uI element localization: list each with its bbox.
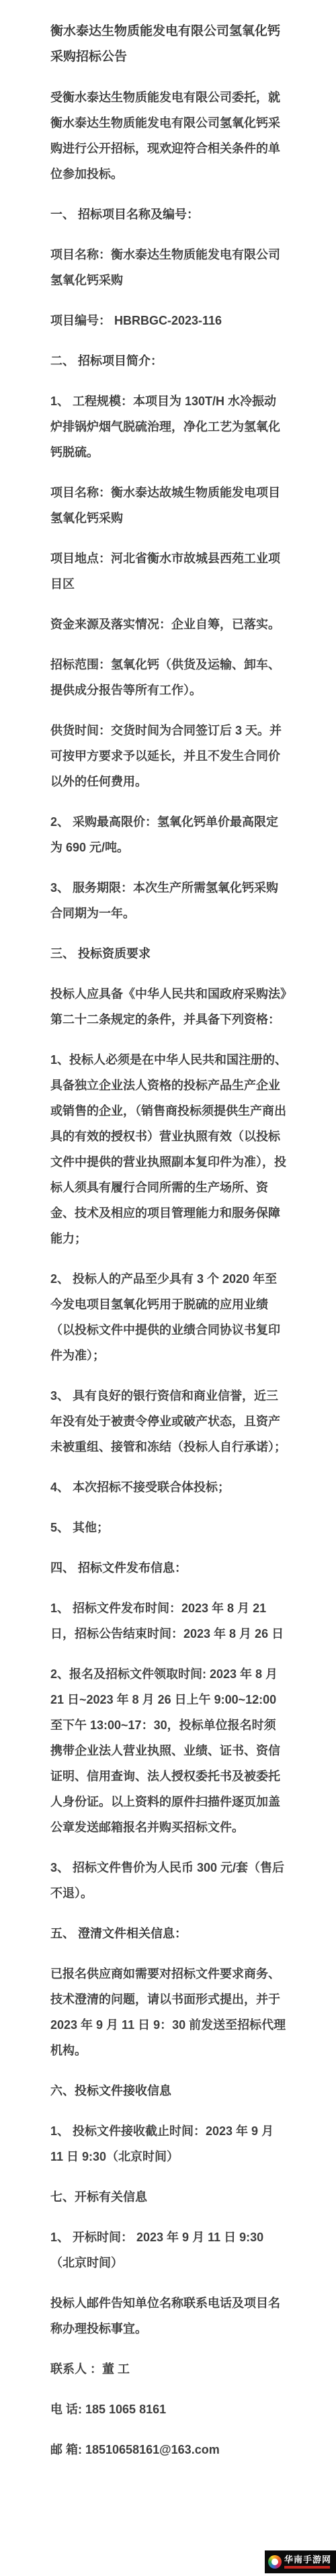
funding-source-field: 资金来源及落实情况：企业自筹，已落实。 bbox=[50, 612, 288, 637]
watermark-text-wrap: 华南手游网 bbox=[284, 2555, 331, 2569]
section-6-heading: 六、投标文件接收信息 bbox=[50, 2078, 288, 2104]
contact-person-line: 联系人 ：董 工 bbox=[50, 2356, 288, 2382]
registration-item: 2、报名及招标文件领取时间: 2023 年 8 月 21 日~2023 年 8 … bbox=[50, 1661, 288, 1840]
watermark-label: 华南手游网 bbox=[284, 2555, 331, 2564]
section-1-heading: 一、 招标项目名称及编号： bbox=[50, 202, 288, 227]
section-5-heading: 五、 澄清文件相关信息： bbox=[50, 1921, 288, 1946]
qualification-item-2: 2、 投标人的产品至少具有 3 个 2020 年至今发电项目氢氧化钙用于脱硫的应… bbox=[50, 1266, 288, 1368]
project-location-field: 项目地点：河北省衡水市故城县西苑工业项目区 bbox=[50, 546, 288, 597]
project-name-field: 项目名称：衡水泰达生物质能发电有限公司氢氧化钙采购 bbox=[50, 242, 288, 293]
site-watermark: 华南手游网 bbox=[265, 2550, 336, 2573]
delivery-time-field: 供货时间：交货时间为合同签订后 3 天。并可按甲方要求予以延长，并且不发生合同价… bbox=[50, 718, 288, 794]
announcement-document: 衡水泰达生物质能发电有限公司氢氧化钙采购招标公告 受衡水泰达生物质能发电有限公司… bbox=[0, 0, 336, 2524]
contact-phone-line: 电 话: 185 1065 8161 bbox=[50, 2397, 288, 2422]
qualification-item-3: 3、 具有良好的银行资信和商业信誉，近三年没有处于被责令停业或破产状态，且资产未… bbox=[50, 1383, 288, 1460]
intro-paragraph: 受衡水泰达生物质能发电有限公司委托，就衡水泰达生物质能发电有限公司氢氧化钙采购进… bbox=[50, 85, 288, 187]
announcement-page: 衡水泰达生物质能发电有限公司氢氧化钙采购招标公告 受衡水泰达生物质能发电有限公司… bbox=[0, 0, 336, 2576]
section-7-heading: 七、开标有关信息 bbox=[50, 2184, 288, 2210]
bid-scope-field: 招标范围：氢氧化钙（供货及运输、卸车、提供成分报告等所有工作）。 bbox=[50, 652, 288, 703]
clarification-paragraph: 已报名供应商如需要对招标文件要求商务、技术澄清的问题，请以书面形式提出，并于 2… bbox=[50, 1961, 288, 2063]
contact-email-line: 邮 箱: 18510658161@163.com bbox=[50, 2437, 288, 2462]
qualification-intro: 投标人应具备《中华人民共和国政府采购法》第二十二条规定的条件，并具备下列资格： bbox=[50, 981, 288, 1032]
max-price-item: 2、 采购最高限价：氢氧化钙单价最高限定为 690 元/吨。 bbox=[50, 809, 288, 860]
qualification-item-4: 4、 本次招标不接受联合体投标； bbox=[50, 1474, 288, 1500]
section-3-heading: 三、 投标资质要求 bbox=[50, 941, 288, 966]
document-price-item: 3、 招标文件售价为人民币 300 元/套（售后不退）。 bbox=[50, 1855, 288, 1906]
bid-deadline-item: 1、 投标文件接收截止时间：2023 年 9 月 11 日 9:30（北京时间） bbox=[50, 2118, 288, 2169]
section-2-heading: 二、 招标项目简介： bbox=[50, 348, 288, 374]
watermark-subtext-line bbox=[284, 2566, 330, 2569]
open-time-item: 1、 开标时间： 2023 年 9 月 11 日 9:30（北京时间） bbox=[50, 2225, 288, 2276]
qualification-item-1: 1、投标人必须是在中华人民共和国注册的、具备独立企业法人资格的投标产品生产企业或… bbox=[50, 1047, 288, 1251]
project-number-field: 项目编号： HBRBGC-2023-116 bbox=[50, 308, 288, 333]
bid-notice-paragraph: 投标人邮件告知单位名称联系电话及项目名称办理投标事宜。 bbox=[50, 2290, 288, 2341]
issue-time-item: 1、 招标文件发布时间：2023 年 8 月 21 日，招标公告结束时间：202… bbox=[50, 1595, 288, 1647]
service-term-item: 3、 服务期限：本次生产所需氢氧化钙采购合同期为一年。 bbox=[50, 875, 288, 926]
qualification-item-5: 5、 其他； bbox=[50, 1515, 288, 1540]
colorful-swirl-icon bbox=[268, 2555, 282, 2569]
section-4-heading: 四、 招标文件发布信息： bbox=[50, 1555, 288, 1581]
project-name-2-field: 项目名称：衡水泰达故城生物质能发电项目氢氧化钙采购 bbox=[50, 480, 288, 531]
doc-title: 衡水泰达生物质能发电有限公司氢氧化钙采购招标公告 bbox=[50, 19, 288, 70]
project-scale-item: 1、 工程规模：本项目为 130T/H 水冷振动炉排锅炉烟气脱硫治理，净化工艺为… bbox=[50, 388, 288, 465]
